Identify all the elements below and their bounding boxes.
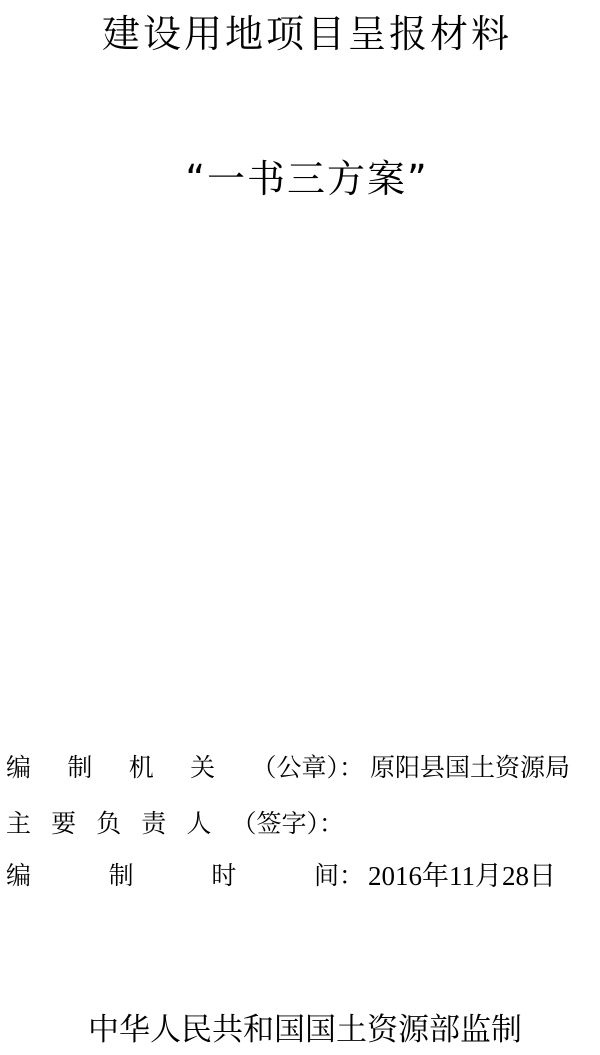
field-compiling-date: 编 制 时 间： 2016年11月28日: [6, 858, 556, 894]
label-char: 编: [6, 858, 31, 894]
label-char: 时: [211, 858, 236, 894]
field-label-compiling-date: 编 制 时 间：: [6, 858, 364, 894]
field-compiling-authority: 编 制 机 关 （公章）： 原阳县国土资源局: [6, 750, 570, 786]
field-label-compiling-authority: 编 制 机 关 （公章）：: [6, 750, 364, 786]
field-responsible-person: 主 要 负 责 人 （签字）：: [6, 806, 344, 842]
label-char: 编: [6, 750, 31, 786]
label-char: 人: [186, 806, 211, 842]
label-char: 制: [109, 858, 134, 894]
field-value-compiling-date: 2016年11月28日: [368, 858, 556, 894]
label-char: 主: [6, 806, 31, 842]
label-char: （公章）：: [251, 750, 364, 786]
label-char: 关: [190, 750, 215, 786]
field-label-responsible-person: 主 要 负 责 人 （签字）：: [6, 806, 344, 842]
label-char: 制: [67, 750, 92, 786]
document-footer-supervisor: 中华人民共和国国土资源部监制: [0, 1008, 600, 1052]
label-char: （签字）：: [231, 806, 344, 842]
document-subtitle: “一书三方案”: [0, 153, 600, 205]
label-char: 间：: [314, 858, 364, 894]
field-value-compiling-authority: 原阳县国土资源局: [370, 750, 570, 786]
label-char: 责: [141, 806, 166, 842]
document-title: 建设用地项目呈报材料: [0, 8, 600, 60]
label-char: 机: [129, 750, 154, 786]
label-char: 负: [96, 806, 121, 842]
label-char: 要: [51, 806, 76, 842]
